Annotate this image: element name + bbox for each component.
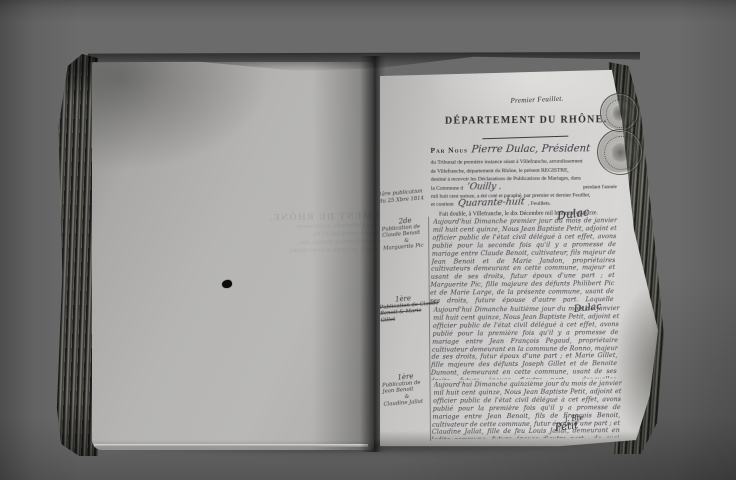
spacer (502, 188, 583, 189)
left-page-bottom-edge (94, 444, 368, 447)
par-nous-prefix: Par Nous (430, 145, 467, 154)
contient-line: et contient Quarante-huit , Feuillets. (431, 198, 617, 209)
marriage-publication-act: Aujourd'hui Dimanche quinzième jour du m… (431, 380, 621, 439)
left-blank-page: DÉPARTEMENT DU RHÔNE. du Tribunal de pre… (92, 62, 374, 450)
marriage-publication-act: Aujourd'hui Dimanche huitième jour du mo… (431, 305, 620, 380)
contient-suffix: , Feuillets. (528, 200, 551, 208)
contient-prefix: et contient (431, 201, 454, 209)
margin-note: 2de Publication de Claude Benoit & Margu… (381, 216, 431, 253)
page-title: DÉPARTEMENT DU RHÔNE. (424, 114, 628, 127)
pendant-annee: pendant l'année (583, 183, 617, 192)
par-nous-line: Par Nous Pierre Dulac, Président (430, 143, 620, 156)
stamp-emblem (611, 142, 630, 162)
margin-note: 1ère publication du 25 Xbre 1814 (378, 188, 427, 205)
commune-name-handwritten: ’Ouilly . (467, 183, 503, 192)
margin-rule (428, 217, 431, 441)
feuillet-count-handwritten: Quarante-huit (457, 198, 524, 208)
commune-prefix: la Commune d (431, 184, 463, 193)
title-rule (482, 136, 568, 140)
marriage-publication-act: Aujourd'hui Dimanche premier jour du moi… (430, 217, 618, 305)
president-name-handwritten: Pierre Dulac, Président (471, 143, 591, 155)
margin-note: 1ère Publication de Jean Benoit & Claudi… (381, 372, 431, 409)
margin-note-struck: 1ère Publication de Claude Benoit & Mari… (379, 294, 429, 324)
scanned-register-photo: DÉPARTEMENT DU RHÔNE. du Tribunal de pre… (0, 0, 736, 480)
feuillet-label: Premier Feuillet. (494, 94, 580, 106)
